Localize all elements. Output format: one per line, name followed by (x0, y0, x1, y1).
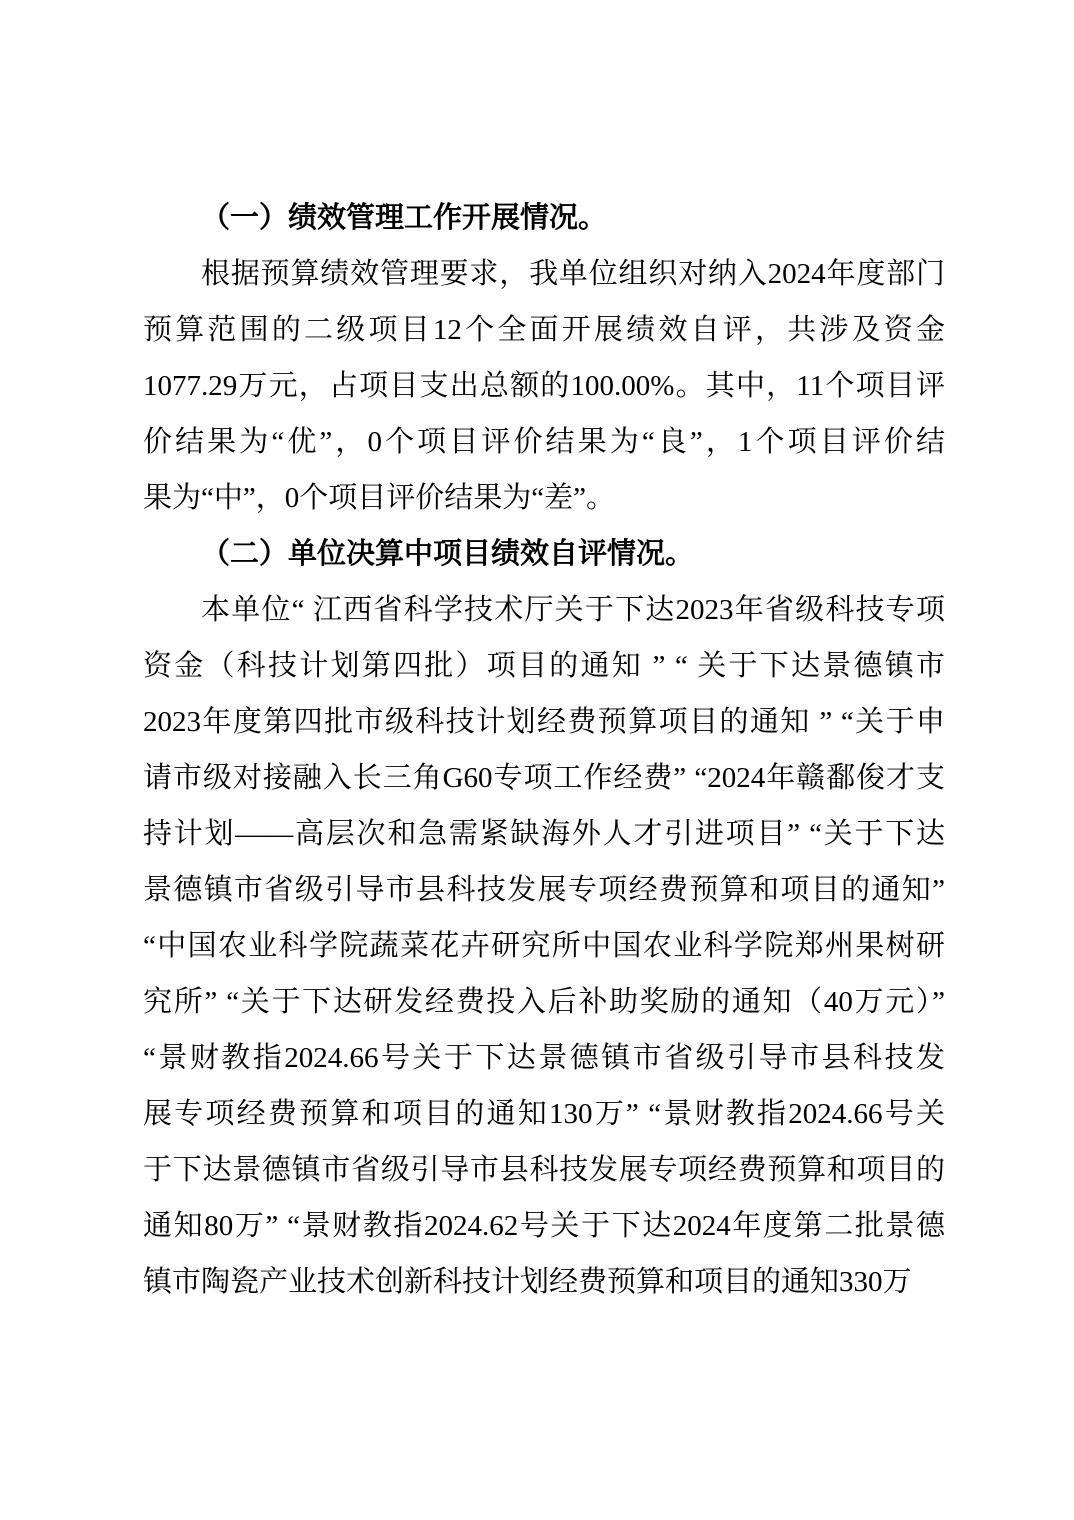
paragraph-1-line-2: 预算范围的二级项目12个全面开展绩效自评，共涉及资金 (143, 302, 945, 358)
paragraph-2-line-12: 通知80万” “景财教指2024.62号关于下达2024年度第二批景德 (143, 1198, 945, 1254)
paragraph-2-line-7: “中国农业科学院蔬菜花卉研究所中国农业科学院郑州果树研 (143, 918, 945, 974)
paragraph-2-line-9: “景财教指2024.66号关于下达景德镇市省级引导市县科技发 (143, 1030, 945, 1086)
paragraph-2-line-8: 究所” “关于下达研发经费投入后补助奖励的通知（40万元）” (143, 974, 945, 1030)
paragraph-2-line-2: 资金（科技计划第四批）项目的通知 ” “ 关于下达景德镇市 (143, 638, 945, 694)
paragraph-2-line-1: 本单位“ 江西省科学技术厅关于下达2023年省级科技专项 (143, 582, 945, 638)
paragraph-2-line-13: 镇市陶瓷产业技术创新科技计划经费预算和项目的通知330万 (143, 1254, 945, 1310)
paragraph-2-line-10: 展专项经费预算和项目的通知130万” “景财教指2024.66号关 (143, 1086, 945, 1142)
paragraph-2-line-11: 于下达景德镇市省级引导市县科技发展专项经费预算和项目的 (143, 1142, 945, 1198)
paragraph-1-line-4: 价结果为“优”，0个项目评价结果为“良”，1个项目评价结 (143, 414, 945, 470)
document-page: （一）绩效管理工作开展情况。 根据预算绩效管理要求，我单位组织对纳入2024年度… (0, 0, 1074, 1520)
paragraph-1-line-3: 1077.29万元，占项目支出总额的100.00%。其中，11个项目评 (143, 358, 945, 414)
section-heading-1: （一）绩效管理工作开展情况。 (143, 190, 945, 246)
paragraph-2-line-5: 持计划——高层次和急需紧缺海外人才引进项目” “关于下达 (143, 806, 945, 862)
paragraph-1-line-1: 根据预算绩效管理要求，我单位组织对纳入2024年度部门 (143, 246, 945, 302)
paragraph-2-line-3: 2023年度第四批市级科技计划经费预算项目的通知 ” “关于申 (143, 694, 945, 750)
document-text-block: （一）绩效管理工作开展情况。 根据预算绩效管理要求，我单位组织对纳入2024年度… (143, 190, 945, 1310)
paragraph-2-line-4: 请市级对接融入长三角G60专项工作经费” “2024年赣鄱俊才支 (143, 750, 945, 806)
paragraph-1-line-5: 果为“中”，0个项目评价结果为“差”。 (143, 470, 945, 526)
paragraph-2-line-6: 景德镇市省级引导市县科技发展专项经费预算和项目的通知” (143, 862, 945, 918)
section-heading-2: （二）单位决算中项目绩效自评情况。 (143, 526, 945, 582)
